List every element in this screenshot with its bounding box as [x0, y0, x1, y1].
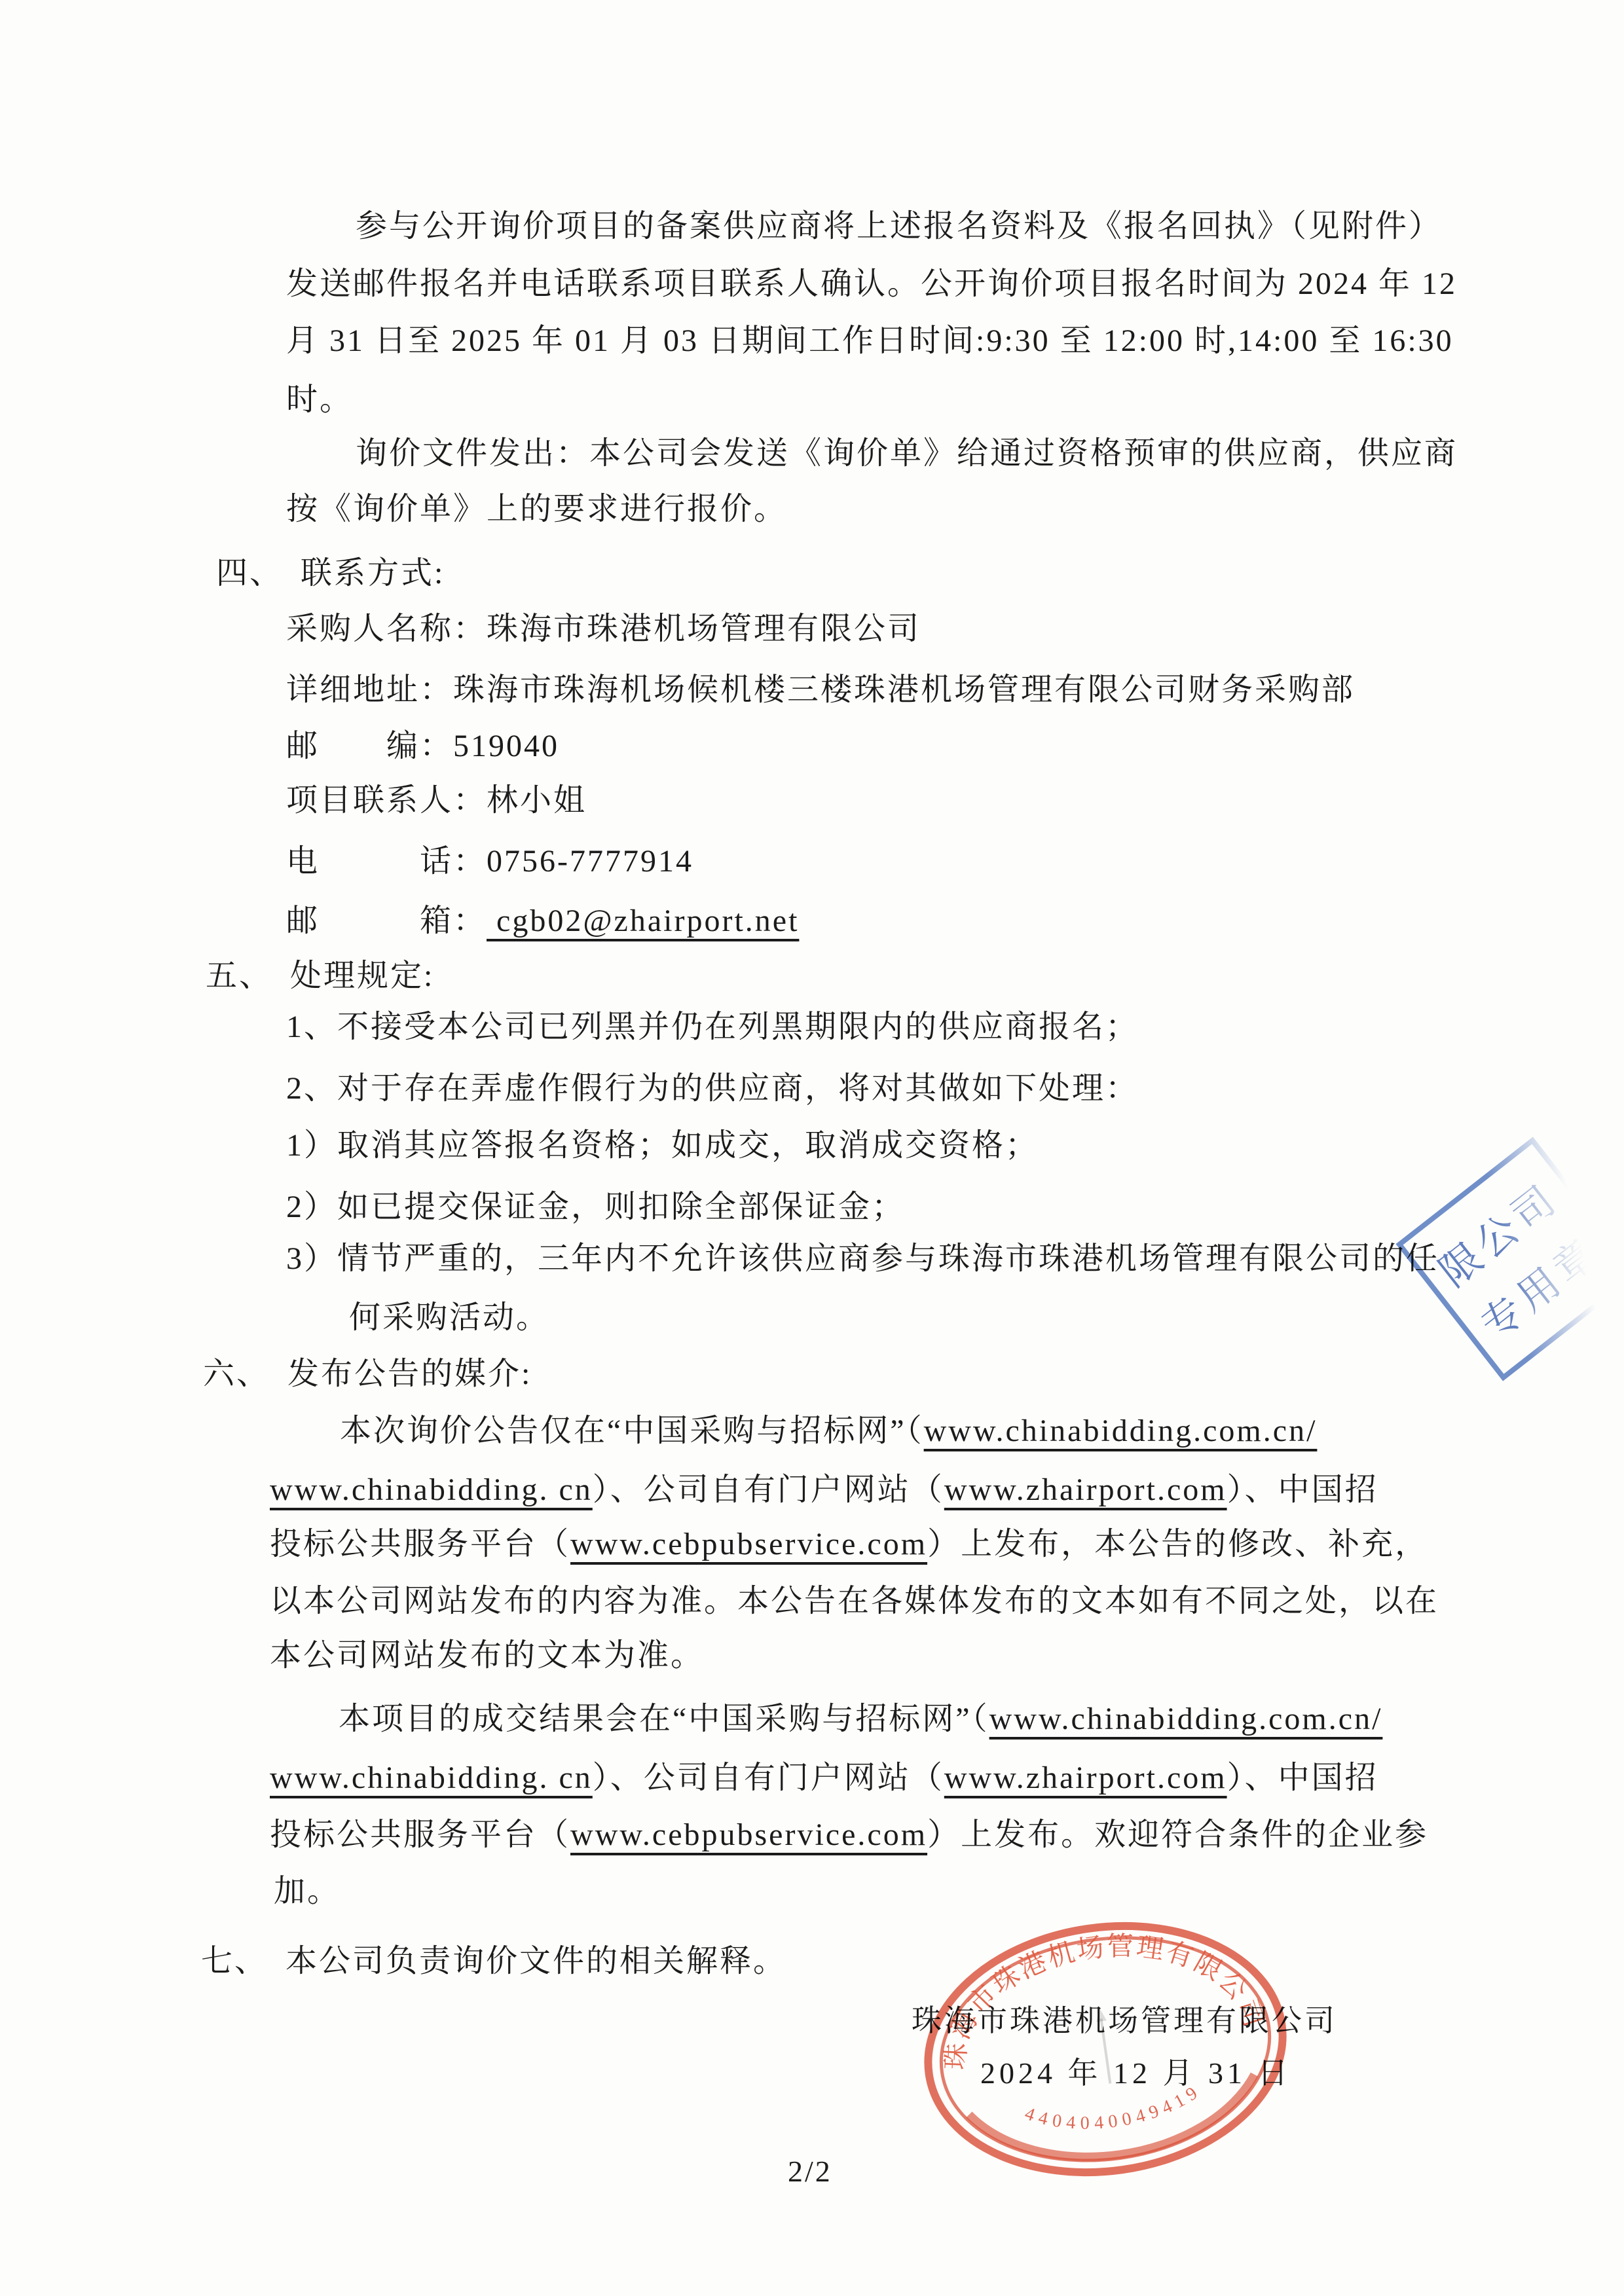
underlined-link-text: www.chinabidding.com.cn/: [924, 1413, 1318, 1448]
text-run: ）上发布，本公告的修改、补充，: [927, 1527, 1428, 1561]
text-run: 何采购活动。: [349, 1300, 549, 1335]
text-line: 时。: [286, 383, 353, 418]
text-run: 四、 联系方式:: [216, 556, 445, 591]
underlined-link-text: www.chinabidding. cn: [270, 1760, 593, 1795]
text-line: 采购人名称：珠海市珠港机场管理有限公司: [286, 612, 921, 647]
text-run: 以本公司网站发布的内容为准。本公告在各媒体发布的文本如有不同之处，以在: [270, 1584, 1439, 1618]
text-line: 按《询价单》上的要求进行报价。: [286, 492, 787, 527]
text-run: 详细地址：珠海市珠海机场候机楼三楼珠港机场管理有限公司财务采购部: [286, 672, 1355, 707]
text-line: 2、对于存在弄虚作假行为的供应商，将对其做如下处理：: [286, 1072, 1139, 1106]
text-line: 电 话：0756-7777914: [286, 845, 693, 879]
text-line: 四、 联系方式:: [216, 556, 445, 591]
text-line: 参与公开询价项目的备案供应商将上述报名资料及《报名回执》（见附件）: [356, 210, 1442, 244]
text-run: 本公司网站发布的文本为准。: [270, 1638, 704, 1673]
text-line: 邮 箱： cgb02@zhairport.net: [286, 904, 799, 939]
text-run: ）、中国招: [1227, 1472, 1378, 1507]
underlined-link-text: www.cebpubservice.com: [570, 1527, 927, 1561]
text-run: 询价文件发出：本公司会发送《询价单》给通过资格预审的供应商，供应商: [356, 436, 1458, 471]
svg-text:珠海市珠港机场管理有限公司: 珠海市珠港机场管理有限公司: [925, 1915, 1270, 2075]
underlined-link-text: www.cebpubservice.com: [570, 1817, 927, 1852]
text-run: ）、公司自有门户网站（: [593, 1472, 944, 1507]
text-line: 何采购活动。: [349, 1301, 549, 1336]
text-line: 七、 本公司负责询价文件的相关解释。: [201, 1944, 786, 1979]
seal-center-mark-tip: [1094, 2007, 1107, 2022]
text-run: 本次询价公告仅在“中国采购与招标网”（: [340, 1413, 924, 1448]
text-run: 邮 箱：: [286, 903, 487, 938]
text-line: 月 31 日至 2025 年 01 月 03 日期间工作日时间:9:30 至 1…: [286, 324, 1454, 359]
text-run: 投标公共服务平台（: [270, 1527, 570, 1561]
text-line: 本项目的成交结果会在“中国采购与招标网”（www.chinabidding.co…: [339, 1702, 1382, 1737]
text-run: 六、 发布公告的媒介:: [203, 1357, 532, 1391]
text-run: 本项目的成交结果会在“中国采购与招标网”（: [339, 1702, 989, 1736]
text-run: 参与公开询价项目的备案供应商将上述报名资料及《报名回执》（见附件）: [356, 209, 1442, 244]
text-run: ）、中国招: [1227, 1760, 1378, 1795]
seal-ring-text: 珠海市珠港机场管理有限公司: [925, 1915, 1270, 2075]
text-line: 本次询价公告仅在“中国采购与招标网”（www.chinabidding.com.…: [340, 1414, 1317, 1449]
seal-center-mark: [1101, 2018, 1110, 2083]
underlined-link-text: www.chinabidding.com.cn/: [989, 1702, 1383, 1736]
text-run: 时。: [286, 382, 353, 417]
text-line: www.chinabidding. cn）、公司自有门户网站（www.zhair…: [270, 1761, 1378, 1796]
text-line: 投标公共服务平台（www.cebpubservice.com）上发布。欢迎符合条…: [270, 1818, 1428, 1853]
document-page: 参与公开询价项目的备案供应商将上述报名资料及《报名回执》（见附件）发送邮件报名并…: [0, 0, 1624, 2296]
text-line: 1、不接受本公司已列黑并仍在列黑期限内的供应商报名；: [286, 1010, 1139, 1045]
blue-partial-stamp: 限公司 专用章: [1395, 1137, 1624, 1381]
text-run: 月 31 日至 2025 年 01 月 03 日期间工作日时间:9:30 至 1…: [286, 323, 1454, 358]
underlined-link-text: www.chinabidding. cn: [270, 1472, 593, 1507]
text-line: 1）取消其应答报名资格；如成交，取消成交资格；: [286, 1129, 1039, 1163]
text-line: 详细地址：珠海市珠海机场候机楼三楼珠港机场管理有限公司财务采购部: [286, 673, 1355, 708]
text-run: 按《询价单》上的要求进行报价。: [286, 492, 787, 526]
text-run: 七、 本公司负责询价文件的相关解释。: [201, 1944, 786, 1978]
red-company-seal: 珠海市珠港机场管理有限公司 4404040049419: [915, 1915, 1295, 2177]
text-line: 2）如已提交保证金，则扣除全部保证金；: [286, 1190, 905, 1225]
text-run: 2）如已提交保证金，则扣除全部保证金；: [286, 1190, 905, 1224]
text-line: 以本公司网站发布的内容为准。本公告在各媒体发布的文本如有不同之处，以在: [270, 1584, 1439, 1619]
underlined-link-text: www.zhairport.com: [944, 1760, 1227, 1795]
text-run: 邮 编：519040: [286, 729, 559, 763]
text-line: 3）情节严重的，三年内不允许该供应商参与珠海市珠港机场管理有限公司的任: [286, 1242, 1439, 1277]
text-run: 3）情节严重的，三年内不允许该供应商参与珠海市珠港机场管理有限公司的任: [286, 1241, 1439, 1276]
text-line: 发送邮件报名并电话联系项目联系人确认。公开询价项目报名时间为 2024 年 12: [286, 267, 1457, 302]
text-line: 投标公共服务平台（www.cebpubservice.com）上发布，本公告的修…: [270, 1527, 1428, 1562]
underlined-link-text: www.zhairport.com: [944, 1472, 1227, 1507]
text-run: 采购人名称：珠海市珠港机场管理有限公司: [286, 611, 921, 646]
text-run: 2、对于存在弄虚作假行为的供应商，将对其做如下处理：: [286, 1071, 1139, 1106]
text-run: 投标公共服务平台（: [270, 1817, 570, 1852]
text-line: 加。: [274, 1874, 341, 1909]
text-run: ）、公司自有门户网站（: [593, 1760, 944, 1795]
text-run: 发送邮件报名并电话联系项目联系人确认。公开询价项目报名时间为 2024 年 12: [286, 266, 1457, 301]
text-run: 1、不接受本公司已列黑并仍在列黑期限内的供应商报名；: [286, 1010, 1139, 1044]
text-run: 五、 处理规定:: [206, 958, 434, 993]
text-line: 项目联系人：林小姐: [286, 784, 587, 818]
text-line: 本公司网站发布的文本为准。: [270, 1639, 704, 1673]
text-run: 项目联系人：林小姐: [286, 783, 587, 818]
text-line: www.chinabidding. cn）、公司自有门户网站（www.zhair…: [270, 1473, 1378, 1508]
text-run: 电 话：0756-7777914: [286, 844, 693, 879]
underlined-link-text: cgb02@zhairport.net: [487, 903, 799, 938]
text-line: 五、 处理规定:: [206, 959, 434, 994]
text-line: 邮 编：519040: [286, 729, 559, 764]
text-line: 询价文件发出：本公司会发送《询价单》给通过资格预审的供应商，供应商: [356, 437, 1458, 471]
text-run: 加。: [274, 1874, 341, 1908]
text-run: ）上发布。欢迎符合条件的企业参: [927, 1817, 1428, 1852]
text-run: 1）取消其应答报名资格；如成交，取消成交资格；: [286, 1128, 1039, 1163]
page-number: 2/2: [788, 2154, 832, 2189]
text-line: 六、 发布公告的媒介:: [203, 1357, 532, 1392]
